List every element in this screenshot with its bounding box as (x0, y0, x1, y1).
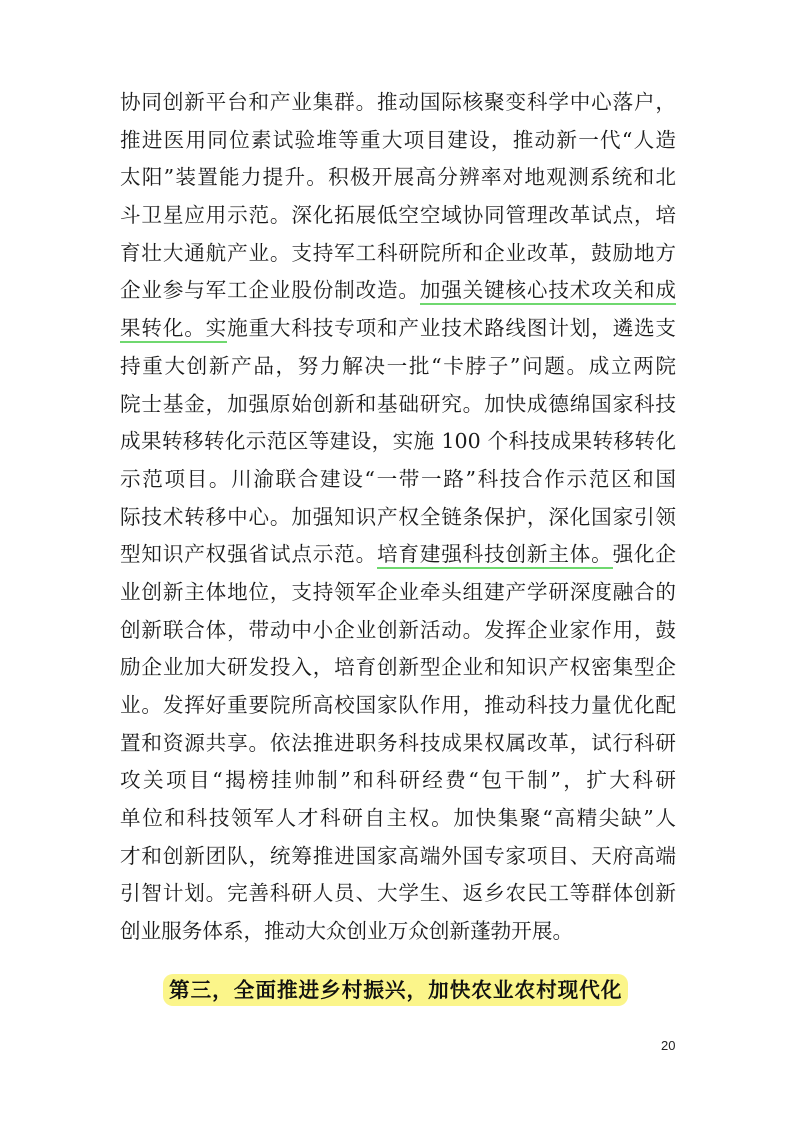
text-line: 持重大创新产品，努力解决一批“卡脖子”问题。成立两院 (120, 348, 676, 386)
document-page: 协同创新平台和产业集群。推动国际核聚变科学中心落户，推进医用同位素试验堆等重大项… (0, 0, 793, 1122)
text-segment: 际技术转移中心。加强知识产权全链条保护，深化国家引领 (120, 505, 676, 529)
text-segment: 企业参与军工企业股份制改造。 (120, 278, 420, 302)
text-segment: 励企业加大研发投入，培育创新型企业和知识产权密集型企 (120, 655, 676, 679)
text-line: 攻关项目“揭榜挂帅制”和科研经费“包干制”，扩大科研 (120, 762, 676, 800)
text-line: 励企业加大研发投入，培育创新型企业和知识产权密集型企 (120, 649, 676, 687)
text-line: 院士基金，加强原始创新和基础研究。加快成德绵国家科技 (120, 386, 676, 424)
text-segment: 持重大创新产品，努力解决一批“卡脖子”问题。成立两院 (120, 354, 676, 378)
text-segment: 示范项目。川渝联合建设“一带一路”科技合作示范区和国 (120, 467, 676, 491)
text-segment: 引智计划。完善科研人员、大学生、返乡农民工等群体创新 (120, 881, 676, 905)
text-segment: 才和创新团队，统筹推进国家高端外国专家项目、天府高端 (120, 844, 676, 868)
text-segment: 创业服务体系，推动大众创业万众创新蓬勃开展。 (120, 919, 573, 943)
text-line: 型知识产权强省试点示范。培育建强科技创新主体。强化企 (120, 536, 676, 574)
highlighted-text: 培育建强科技创新主体。 (377, 542, 613, 569)
text-line: 际技术转移中心。加强知识产权全链条保护，深化国家引领 (120, 499, 676, 537)
highlighted-text: 加强关键核心技术攻关和成 (420, 278, 676, 305)
section-heading: 第三，全面推进乡村振兴，加快农业农村现代化 (163, 974, 628, 1006)
text-line: 斗卫星应用示范。深化拓展低空空域协同管理改革试点，培 (120, 197, 676, 235)
text-line: 推进医用同位素试验堆等重大项目建设，推动新一代“人造 (120, 122, 676, 160)
text-line: 业创新主体地位，支持领军企业牵头组建产学研深度融合的 (120, 574, 676, 612)
text-segment: 太阳”装置能力提升。积极开展高分辨率对地观测系统和北 (120, 165, 676, 189)
text-line: 才和创新团队，统筹推进国家高端外国专家项目、天府高端 (120, 838, 676, 876)
text-segment: 业创新主体地位，支持领军企业牵头组建产学研深度融合的 (120, 580, 676, 604)
text-line: 育壮大通航产业。支持军工科研院所和企业改革，鼓励地方 (120, 235, 676, 273)
text-segment: 育壮大通航产业。支持军工科研院所和企业改革，鼓励地方 (120, 241, 676, 265)
highlighted-text: 果转化。实 (120, 316, 227, 343)
text-segment: 施重大科技专项和产业技术路线图计划，遴选支 (227, 316, 676, 340)
text-segment: 创新联合体，带动中小企业创新活动。发挥企业家作用，鼓 (120, 618, 676, 642)
text-segment: 院士基金，加强原始创新和基础研究。加快成德绵国家科技 (120, 392, 676, 416)
text-segment: 成果转移转化示范区等建设，实施 100 个科技成果转移转化 (120, 429, 676, 453)
text-line: 协同创新平台和产业集群。推动国际核聚变科学中心落户， (120, 84, 676, 122)
body-paragraph: 协同创新平台和产业集群。推动国际核聚变科学中心落户，推进医用同位素试验堆等重大项… (120, 84, 676, 951)
text-line: 创新联合体，带动中小企业创新活动。发挥企业家作用，鼓 (120, 612, 676, 650)
text-line: 业。发挥好重要院所高校国家队作用，推动科技力量优化配 (120, 687, 676, 725)
text-line: 企业参与军工企业股份制改造。加强关键核心技术攻关和成 (120, 272, 676, 310)
text-line: 置和资源共享。依法推进职务科技成果权属改革，试行科研 (120, 725, 676, 763)
text-line: 引智计划。完善科研人员、大学生、返乡农民工等群体创新 (120, 875, 676, 913)
text-segment: 协同创新平台和产业集群。推动国际核聚变科学中心落户， (120, 90, 676, 114)
text-segment: 单位和科技领军人才科研自主权。加快集聚“高精尖缺”人 (120, 806, 676, 830)
text-segment: 业。发挥好重要院所高校国家队作用，推动科技力量优化配 (120, 693, 676, 717)
page-number: 20 (661, 1038, 675, 1053)
text-line: 单位和科技领军人才科研自主权。加快集聚“高精尖缺”人 (120, 800, 676, 838)
text-line: 太阳”装置能力提升。积极开展高分辨率对地观测系统和北 (120, 159, 676, 197)
text-line: 创业服务体系，推动大众创业万众创新蓬勃开展。 (120, 913, 676, 951)
text-segment: 型知识产权强省试点示范。 (120, 542, 377, 566)
text-segment: 推进医用同位素试验堆等重大项目建设，推动新一代“人造 (120, 128, 676, 152)
text-segment: 斗卫星应用示范。深化拓展低空空域协同管理改革试点，培 (120, 203, 676, 227)
text-line: 成果转移转化示范区等建设，实施 100 个科技成果转移转化 (120, 423, 676, 461)
text-segment: 强化企 (613, 542, 676, 566)
text-segment: 攻关项目“揭榜挂帅制”和科研经费“包干制”，扩大科研 (120, 768, 676, 792)
text-line: 果转化。实施重大科技专项和产业技术路线图计划，遴选支 (120, 310, 676, 348)
text-line: 示范项目。川渝联合建设“一带一路”科技合作示范区和国 (120, 461, 676, 499)
text-segment: 置和资源共享。依法推进职务科技成果权属改革，试行科研 (120, 731, 676, 755)
